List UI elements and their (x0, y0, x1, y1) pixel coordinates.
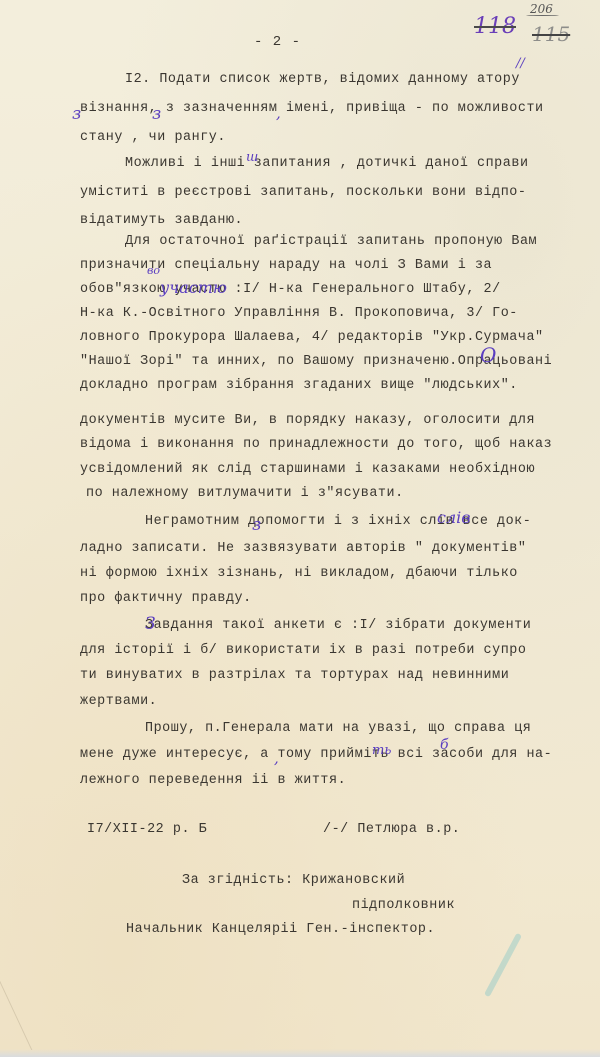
text-line: вiзнання, з зазначенням імені, привіща -… (80, 101, 544, 117)
text-line: докладно програм зібрання згаданих вище … (80, 378, 518, 394)
text-line: стану , чи рангу. (80, 130, 226, 146)
text-line: ні формою іхніх зізнань, ні викладом, дб… (80, 566, 518, 582)
page-number: - 2 - (254, 34, 301, 50)
document-date: I7/XII-22 р. Б (87, 822, 207, 838)
text-line: I2. Подати список жертв, відомих данному… (125, 72, 520, 88)
handwritten-correction: з (72, 104, 81, 124)
archive-number-current: 206 (530, 2, 553, 16)
handwritten-correction: З (145, 614, 156, 634)
handwritten-correction: участю (160, 278, 227, 297)
handwritten-correction: // (516, 56, 525, 71)
text-line: ловного Прокурора Шалаева, 4/ редакторів… (80, 330, 544, 346)
text-line: обов"язкою участю :I/ Н-ка Генерального … (80, 282, 501, 298)
text-line: Завдання такої анкети є :I/ зібрати доку… (145, 618, 531, 634)
handwritten-correction: ш (246, 150, 258, 165)
handwritten-correction: з (252, 515, 261, 535)
text-line: Н-ка К.-Освітного Управління В. Прокопов… (80, 306, 518, 322)
handwritten-correction: О (480, 343, 496, 367)
text-line: документів мусите Ви, в порядку наказу, … (80, 413, 535, 429)
text-line: Для остаточної раґістрації запитань проп… (125, 234, 537, 250)
archive-number-crossed-violet: 118 (474, 14, 516, 39)
text-line: уміститі в реєстрові запитань, поскольки… (80, 185, 526, 201)
text-line: мене дуже интересує, а тому прийміть всі… (80, 747, 552, 763)
text-line: призначити спеціальну нараду на чолі З В… (80, 258, 492, 274)
signer-position: Начальник Канцелярii Ген.-інспектор. (126, 922, 435, 938)
handwritten-correction: з (152, 104, 161, 124)
handwritten-correction: , (276, 104, 281, 122)
text-line: відома і виконання по принадлежности до … (80, 437, 552, 453)
text-line: ти винуватих в разтрілах та тортурах над… (80, 668, 509, 684)
signature-petliura: /-/ Петлюра в.р. (323, 822, 460, 838)
text-line: лежного переведення ii в життя. (80, 773, 346, 789)
text-line: для історії і б/ використати іх в разі п… (80, 643, 526, 659)
agreement-line: За згідність: Крижановский (182, 873, 405, 889)
text-line: ладно записати. Не зазвязувати авторів "… (80, 541, 526, 557)
handwritten-correction: , (274, 749, 279, 767)
paper-fold-crease (0, 950, 112, 1050)
signer-rank: підполковник (352, 898, 455, 914)
document-page: - 2 - 118 206 115 I2. Подати список жерт… (0, 0, 600, 1057)
handwritten-correction: ть (372, 743, 391, 758)
text-line: Прошу, п.Генерала мати на увазі, що спра… (145, 721, 531, 737)
handwritten-correction: во (147, 264, 160, 277)
teal-ink-stain (484, 933, 522, 998)
archive-number-crossed-gray: 115 (532, 22, 570, 46)
text-line: жертвами. (80, 694, 157, 710)
text-line: усвідомлений як слід старшинами і казака… (80, 462, 535, 478)
handwritten-correction: б (440, 737, 449, 753)
text-line: по належному витлумачити і з"ясувати. (86, 486, 404, 502)
text-line: Неграмотним допомогти і з іхніх слів все… (145, 514, 531, 530)
handwritten-correction: слів (437, 508, 471, 527)
text-line: відатимуть завданю. (80, 213, 243, 229)
text-line: Можливі і інші запитания , дотичкі даної… (125, 156, 529, 172)
text-line: про фактичну правду. (80, 591, 252, 607)
